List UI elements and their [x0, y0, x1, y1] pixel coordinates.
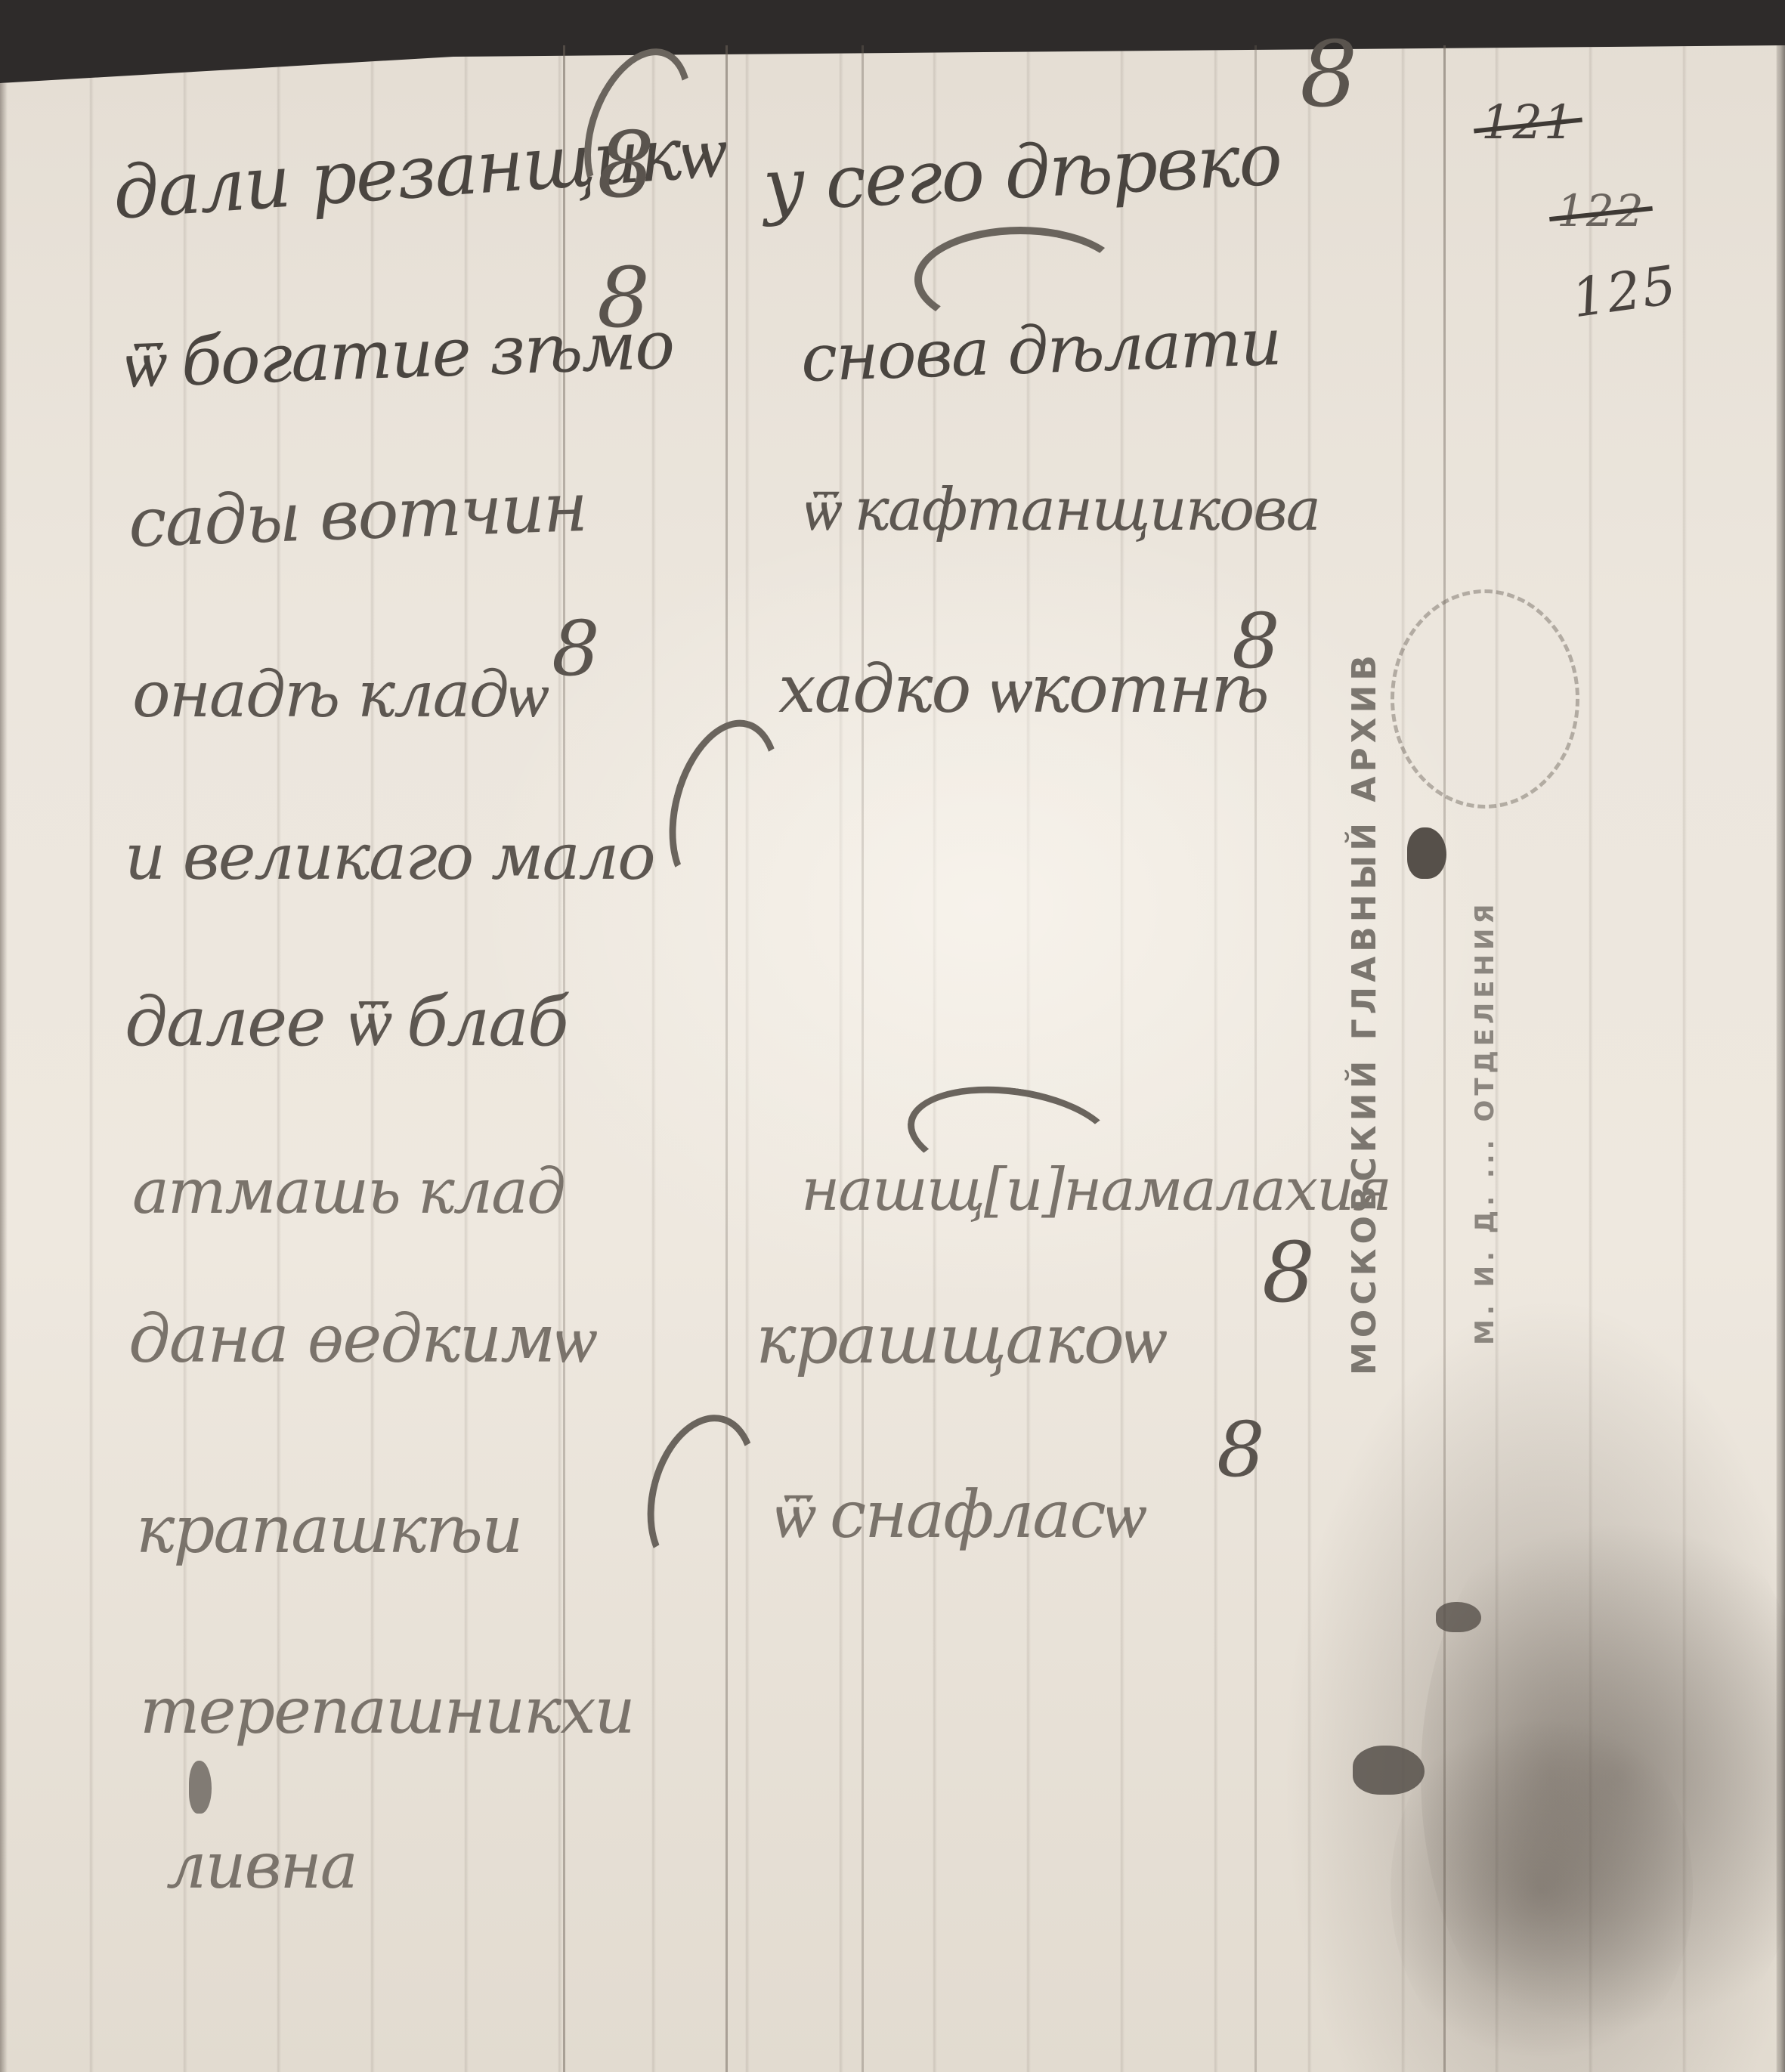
superscript-loop: 8: [1262, 1224, 1315, 1321]
water-stain: [1391, 1700, 1693, 2072]
archive-stamp-line-1: МОСКОВСКИЙ ГЛАВНЫЙ АРХИВ: [1345, 651, 1384, 1375]
superscript-loop: 8: [597, 113, 654, 218]
superscript-loop: 8: [597, 249, 650, 346]
superscript-loop: 8: [1217, 1406, 1265, 1494]
manuscript-line: сады вотчин: [127, 468, 587, 563]
manuscript-line: далее ѿ блаб: [125, 982, 568, 1062]
manuscript-line: хадко ѡкотнѣ: [778, 650, 1268, 728]
ink-blot: [189, 1761, 212, 1814]
manuscript-line: дана ѳедкимѡ: [128, 1300, 595, 1378]
manuscript-line: онадѣ кладѡ: [132, 657, 546, 732]
manuscript-line: ѿ снафласѡ: [771, 1477, 1144, 1553]
ink-blot: [1436, 1602, 1481, 1632]
paper-chain-line: [725, 45, 728, 2072]
folio-number-struck: 122: [1557, 185, 1645, 237]
superscript-loop: 8: [1232, 597, 1280, 685]
folio-number-struck: 121: [1481, 94, 1575, 150]
manuscript-line: крапашкѣи: [136, 1492, 521, 1568]
archive-stamp-line-2: М. И. Д. ... ОТДЕЛЕНИЯ: [1470, 899, 1500, 1345]
ink-blot: [1407, 827, 1446, 879]
faded-seal-impression: [1391, 589, 1579, 809]
manuscript-line: крашщакоѡ: [756, 1300, 1165, 1379]
manuscript-line: ливна: [166, 1829, 357, 1903]
superscript-loop: 8: [1300, 23, 1357, 128]
manuscript-line: ѿ кафтанщикова: [801, 476, 1319, 544]
ink-blot: [1353, 1746, 1425, 1795]
superscript-loop: 8: [552, 605, 600, 693]
flourish-stroke: [914, 227, 1126, 332]
manuscript-line: терепашникхи: [140, 1674, 634, 1748]
manuscript-line: и великаго мало: [125, 820, 654, 894]
left-page-edge: [0, 83, 8, 2072]
manuscript-line: атмашь клад: [132, 1156, 565, 1228]
